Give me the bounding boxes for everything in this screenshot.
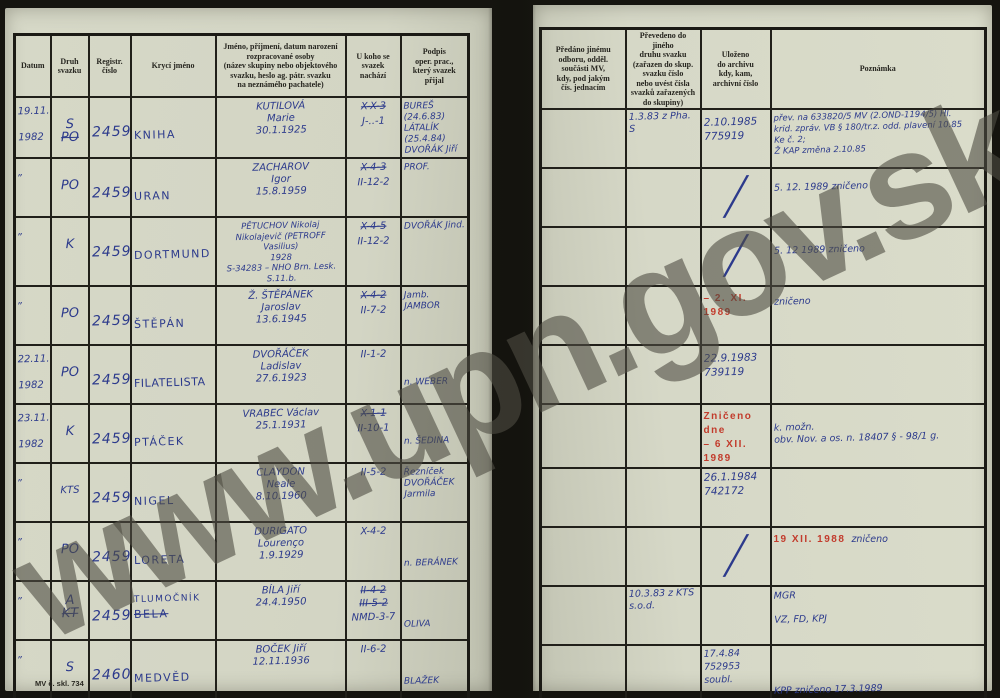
cell-datum: „	[15, 581, 51, 640]
handwritten-name: KUTILOVÁ Marie 30.1.1925	[218, 99, 343, 138]
table-row: 22.9.1983 739119	[541, 345, 986, 404]
handwritten-slash: /	[701, 170, 771, 222]
handwritten-signature: Řezníček DVOŘÁČEK Jarmila	[403, 466, 465, 501]
cell-podpis: n. WEBER	[401, 345, 469, 404]
cell-jmeno: PĚTUCHOV Nikolaj Nikolajevič (PETROFF Va…	[216, 217, 346, 286]
cell-ulozeno: /	[701, 227, 771, 286]
handwritten-note: zničeno	[851, 534, 888, 545]
table-row: Zničeno dne – 6 XII. 1989 k. možn. obv. …	[541, 404, 986, 468]
cell-poznamka	[771, 345, 986, 404]
registry-table-left: Datum Druh svazku Registr. číslo Krycí j…	[13, 33, 470, 698]
handwritten-date: „	[18, 288, 48, 315]
handwritten-number: 24595	[91, 373, 127, 389]
cell-predano	[541, 645, 626, 698]
handwritten-codename: URAN	[133, 189, 212, 204]
handwritten-location-struck: X-4-3	[348, 161, 397, 175]
cell-datum: 19.11. 1982	[15, 97, 51, 158]
cell-poznamka: KPP zničeno 17.3.1989	[771, 645, 986, 698]
handwritten-druh: PO	[53, 367, 85, 380]
handwritten-number: 24593	[91, 245, 127, 261]
col-header-registr-cislo: Registr. číslo	[89, 35, 131, 98]
cell-ulozeno: 2.10.1985 775919	[701, 109, 771, 168]
table-row: „ AKT 24599 TLUMOČNÍKBELA BÍLA Jiří 24.4…	[15, 581, 469, 640]
cell-prevedeno	[626, 168, 701, 227]
cell-ulozeno: 17.4.84 752953 soubl.	[701, 645, 771, 698]
handwritten-druh: PO	[53, 308, 85, 321]
handwritten-signature: n. WEBER	[403, 376, 465, 389]
handwritten-location: J-..-1	[348, 115, 397, 129]
cell-kryci: KNIHA	[131, 97, 216, 158]
handwritten-druh-struck: PO	[53, 131, 85, 144]
handwritten-location: NMD-3-7	[348, 611, 397, 625]
col-header-prevedeno: Převedeno do jiného druhu svazku (zařaze…	[626, 29, 701, 110]
cell-poznamka: přev. na 633820/5 MV (2.OND-1194/5) Hl. …	[771, 109, 986, 168]
cell-ulozeno: 22.9.1983 739119	[701, 345, 771, 404]
handwritten-location: II-6-2	[348, 643, 397, 657]
handwritten-signature: DVOŘÁK Jind.	[403, 220, 465, 233]
cell-druh: K	[51, 404, 89, 463]
handwritten-note: 5. 12 1989 zničeno	[773, 240, 982, 257]
handwritten-codename: TLUMOČNÍK	[133, 592, 212, 607]
handwritten-location-struck: X-X-3	[348, 100, 397, 114]
cell-predano	[541, 527, 626, 586]
cell-prevedeno: 10.3.83 z KTS s.o.d.	[626, 586, 701, 645]
handwritten-signature: OLIVA	[403, 618, 465, 631]
handwritten-date: 23.11. 1982	[17, 406, 48, 459]
cell-podpis: DVOŘÁK Jind.	[401, 217, 469, 286]
cell-ukoho: X-1-1II-10-1	[346, 404, 401, 463]
cell-cislo: 24595	[89, 345, 131, 404]
cell-kryci: MEDVĚD	[131, 640, 216, 698]
handwritten-name: ZACHAROV Igor 15.8.1959	[218, 160, 343, 199]
cell-ukoho: X-4-5II-12-2	[346, 217, 401, 286]
cell-podpis: PROF.	[401, 158, 469, 217]
handwritten-druh: K	[53, 426, 85, 439]
cell-druh: SPO	[51, 97, 89, 158]
handwritten-location: II-12-2	[348, 176, 397, 190]
destruction-stamp: Zničeno dne – 6 XII. 1989	[704, 410, 768, 466]
cell-druh: PO	[51, 345, 89, 404]
col-header-u-koho: U koho se svazek nachází	[346, 35, 401, 98]
ledger-left-page: Datum Druh svazku Registr. číslo Krycí j…	[5, 8, 492, 691]
table-row: / 5. 12. 1989 zničeno	[541, 168, 986, 227]
col-header-poznamka: Poznámka	[771, 29, 986, 110]
handwritten-druh: PO	[53, 180, 85, 193]
cell-cislo: 24596	[89, 404, 131, 463]
handwritten-archive: 26.1.1984 742172	[703, 469, 768, 499]
cell-poznamka	[771, 468, 986, 527]
handwritten-druh: S	[53, 662, 85, 675]
handwritten-druh: PO	[53, 544, 85, 557]
handwritten-codename: PTÁČEK	[133, 435, 212, 450]
cell-jmeno: Ž. ŠTĚPÁNEK Jaroslav 13.6.1945	[216, 286, 346, 345]
table-row: – 2. XI. 1989 zničeno	[541, 286, 986, 345]
cell-poznamka: zničeno	[771, 286, 986, 345]
cell-druh: AKT	[51, 581, 89, 640]
handwritten-signature: n. BERÁNEK	[403, 557, 465, 570]
cell-predano	[541, 345, 626, 404]
cell-podpis: BLAŽEK	[401, 640, 469, 698]
cell-prevedeno	[626, 286, 701, 345]
col-header-datum: Datum	[15, 35, 51, 98]
cell-predano	[541, 227, 626, 286]
handwritten-date: 19.11. 1982	[17, 99, 48, 152]
cell-ukoho: II-6-2	[346, 640, 401, 698]
handwritten-location: II-5-2	[348, 466, 397, 480]
col-header-druh-svazku: Druh svazku	[51, 35, 89, 98]
cell-jmeno: ZACHAROV Igor 15.8.1959	[216, 158, 346, 217]
table-row: / 5. 12 1989 zničeno	[541, 227, 986, 286]
cell-datum: „	[15, 522, 51, 581]
handwritten-druh-struck: KT	[53, 607, 85, 620]
handwritten-location: II-12-2	[348, 235, 397, 249]
cell-ukoho: II-1-2	[346, 345, 401, 404]
handwritten-druh: K	[53, 239, 85, 252]
table-row: „ KTS 24597 NIGEL CLAYDON Neale 8.10.196…	[15, 463, 469, 522]
cell-ulozeno: 26.1.1984 742172	[701, 468, 771, 527]
handwritten-codename: NIGEL	[133, 494, 212, 509]
cell-jmeno: KUTILOVÁ Marie 30.1.1925	[216, 97, 346, 158]
cell-prevedeno	[626, 345, 701, 404]
cell-datum: 22.11. 1982	[15, 345, 51, 404]
handwritten-archive: 22.9.1983 739119	[703, 350, 768, 380]
destruction-date-stamp: 19 XII. 1988	[774, 534, 846, 545]
handwritten-location: II-1-2	[348, 348, 397, 362]
cell-druh: PO	[51, 158, 89, 217]
handwritten-number: 24591	[91, 125, 127, 141]
cell-cislo: 24594	[89, 286, 131, 345]
cell-poznamka: 5. 12. 1989 zničeno	[771, 168, 986, 227]
table-row: 19.11. 1982 SPO 24591 KNIHA KUTILOVÁ Mar…	[15, 97, 469, 158]
cell-cislo: 24600	[89, 640, 131, 698]
handwritten-codename: MEDVĚD	[133, 671, 212, 686]
col-header-podpis: Podpis oper. prac., který svazek přijal	[401, 35, 469, 98]
handwritten-signature: BLAŽEK	[403, 675, 465, 688]
handwritten-transfer: 1.3.83 z Pha. S	[628, 110, 698, 136]
cell-jmeno: BOČEK Jiří 12.11.1936	[216, 640, 346, 698]
cell-podpis: BUREŠ (24.6.83) LÁTALÍK (25.4.84) DVOŘÁK…	[401, 97, 469, 158]
cell-predano	[541, 286, 626, 345]
cell-datum: „	[15, 286, 51, 345]
handwritten-date: „	[18, 524, 48, 551]
handwritten-note: MGR VZ, FD, KPJ	[773, 586, 982, 627]
left-header-row: Datum Druh svazku Registr. číslo Krycí j…	[15, 35, 469, 98]
form-number: MV č. skl. 734	[35, 679, 84, 688]
handwritten-name: Ž. ŠTĚPÁNEK Jaroslav 13.6.1945	[218, 288, 343, 327]
cell-datum: „	[15, 158, 51, 217]
handwritten-druh: KTS	[53, 485, 85, 498]
table-row: „ PO 24594 ŠTĚPÁN Ž. ŠTĚPÁNEK Jaroslav 1…	[15, 286, 469, 345]
cell-predano	[541, 468, 626, 527]
table-row: 1.3.83 z Pha. S 2.10.1985 775919 přev. n…	[541, 109, 986, 168]
handwritten-date: 22.11. 1982	[17, 347, 48, 400]
cell-prevedeno	[626, 645, 701, 698]
handwritten-number: 24597	[91, 491, 127, 507]
handwritten-name: DVOŘÁČEK Ladislav 27.6.1923	[218, 347, 343, 386]
cell-jmeno: DVOŘÁČEK Ladislav 27.6.1923	[216, 345, 346, 404]
handwritten-signature: n. ŠEDINA	[403, 435, 465, 448]
cell-jmeno: CLAYDON Neale 8.10.1960	[216, 463, 346, 522]
table-row: „ K 24593 DORTMUND PĚTUCHOV Nikolaj Niko…	[15, 217, 469, 286]
table-row: „ S 24600 MEDVĚD BOČEK Jiří 12.11.1936 I…	[15, 640, 469, 698]
cell-predano	[541, 109, 626, 168]
handwritten-note: zničeno	[773, 291, 982, 308]
handwritten-signature: BUREŠ (24.6.83) LÁTALÍK (25.4.84) DVOŘÁK…	[403, 100, 466, 157]
cell-cislo: 24592	[89, 158, 131, 217]
handwritten-codename: ŠTĚPÁN	[133, 317, 212, 332]
cell-ukoho: II-5-2	[346, 463, 401, 522]
cell-poznamka: 5. 12 1989 zničeno	[771, 227, 986, 286]
cell-podpis: n. ŠEDINA	[401, 404, 469, 463]
cell-druh: PO	[51, 522, 89, 581]
handwritten-date: „	[18, 642, 48, 669]
col-header-ulozeno: Uloženo do archivu kdy, kam, archivní čí…	[701, 29, 771, 110]
handwritten-codename: FILATELISTA	[133, 376, 212, 391]
handwritten-codename: DORTMUND	[133, 248, 212, 263]
handwritten-name: DURIGATO Lourenço 1.9.1929	[218, 524, 343, 563]
cell-druh: K	[51, 217, 89, 286]
cell-podpis: OLIVA	[401, 581, 469, 640]
handwritten-note: přev. na 633820/5 MV (2.OND-1194/5) Hl. …	[773, 109, 983, 158]
handwritten-date: „	[18, 583, 48, 610]
cell-datum: 23.11. 1982	[15, 404, 51, 463]
cell-ukoho: II-4-2 III-5-2NMD-3-7	[346, 581, 401, 640]
cell-kryci: TLUMOČNÍKBELA	[131, 581, 216, 640]
cell-cislo: 24599	[89, 581, 131, 640]
handwritten-name: PĚTUCHOV Nikolaj Nikolajevič (PETROFF Va…	[218, 219, 344, 285]
registry-table-right: Předáno jinému odboru, odděl. součásti M…	[539, 27, 987, 698]
cell-prevedeno	[626, 527, 701, 586]
cell-cislo: 24593	[89, 217, 131, 286]
cell-kryci: LORETA	[131, 522, 216, 581]
cell-podpis: Řezníček DVOŘÁČEK Jarmila	[401, 463, 469, 522]
table-row: „ PO 24598 LORETA DURIGATO Lourenço 1.9.…	[15, 522, 469, 581]
cell-kryci: DORTMUND	[131, 217, 216, 286]
cell-podpis: n. BERÁNEK	[401, 522, 469, 581]
cell-kryci: FILATELISTA	[131, 345, 216, 404]
cell-predano	[541, 586, 626, 645]
cell-druh: S	[51, 640, 89, 698]
handwritten-location-struck: X-1-1	[348, 407, 397, 421]
cell-podpis: Jamb. JAMBOR	[401, 286, 469, 345]
handwritten-location: X-4-2	[348, 525, 397, 539]
handwritten-archive: 2.10.1985 775919	[703, 114, 768, 144]
cell-datum: „	[15, 217, 51, 286]
handwritten-slash: /	[701, 529, 771, 581]
cell-druh: PO	[51, 286, 89, 345]
cell-kryci: PTÁČEK	[131, 404, 216, 463]
cell-ukoho: X-4-2	[346, 522, 401, 581]
handwritten-location-struck: X-4-2	[348, 289, 397, 303]
book-binding-gutter	[488, 0, 536, 698]
handwritten-location-struck: X-4-5	[348, 220, 397, 234]
table-row: 10.3.83 z KTS s.o.d. MGR VZ, FD, KPJ	[541, 586, 986, 645]
handwritten-codename-struck: BELA	[133, 606, 212, 621]
cell-poznamka: k. možn. obv. Nov. a os. n. 18407 § - 98…	[771, 404, 986, 468]
table-row: 23.11. 1982 K 24596 PTÁČEK VRABEC Václav…	[15, 404, 469, 463]
cell-prevedeno	[626, 468, 701, 527]
cell-ulozeno: /	[701, 168, 771, 227]
ledger-right-page: Předáno jinému odboru, odděl. součásti M…	[533, 5, 992, 691]
col-header-predano: Předáno jinému odboru, odděl. součásti M…	[541, 29, 626, 110]
cell-ulozeno: – 2. XI. 1989	[701, 286, 771, 345]
cell-cislo: 24591	[89, 97, 131, 158]
cell-jmeno: DURIGATO Lourenço 1.9.1929	[216, 522, 346, 581]
cell-ulozeno: /	[701, 527, 771, 586]
cell-kryci: NIGEL	[131, 463, 216, 522]
handwritten-date: „	[18, 465, 48, 492]
cell-ukoho: X-4-3II-12-2	[346, 158, 401, 217]
handwritten-transfer: 10.3.83 z KTS s.o.d.	[628, 587, 698, 613]
handwritten-location: II-7-2	[348, 304, 397, 318]
handwritten-number: 24599	[91, 609, 127, 625]
handwritten-note: k. možn. obv. Nov. a os. n. 18407 § - 98…	[773, 417, 982, 446]
handwritten-codename: LORETA	[133, 553, 212, 568]
cell-jmeno: VRABEC Václav 25.1.1931	[216, 404, 346, 463]
handwritten-location: II-10-1	[348, 422, 397, 436]
handwritten-name: BOČEK Jiří 12.11.1936	[218, 642, 343, 669]
table-row: 17.4.84 752953 soubl. KPP zničeno 17.3.1…	[541, 645, 986, 698]
handwritten-archive: 17.4.84 752953 soubl.	[703, 646, 768, 687]
handwritten-slash: /	[701, 229, 771, 281]
col-header-jmeno-prijmeni: Jméno, příjmení, datum narození rozpraco…	[216, 35, 346, 98]
handwritten-date: „	[18, 160, 48, 187]
cell-prevedeno: 1.3.83 z Pha. S	[626, 109, 701, 168]
cell-predano	[541, 404, 626, 468]
cell-druh: KTS	[51, 463, 89, 522]
handwritten-codename: KNIHA	[133, 128, 212, 143]
cell-kryci: ŠTĚPÁN	[131, 286, 216, 345]
right-header-row: Předáno jinému odboru, odděl. součásti M…	[541, 29, 986, 110]
handwritten-number: 24598	[91, 550, 127, 566]
handwritten-number: 24592	[91, 186, 127, 202]
cell-cislo: 24598	[89, 522, 131, 581]
cell-ukoho: X-4-2II-7-2	[346, 286, 401, 345]
cell-cislo: 24597	[89, 463, 131, 522]
handwritten-name: VRABEC Václav 25.1.1931	[218, 406, 343, 433]
table-row: 26.1.1984 742172	[541, 468, 986, 527]
cell-prevedeno	[626, 404, 701, 468]
handwritten-name: CLAYDON Neale 8.10.1960	[218, 465, 343, 504]
table-row: „ PO 24592 URAN ZACHAROV Igor 15.8.1959 …	[15, 158, 469, 217]
cell-datum: „	[15, 640, 51, 698]
handwritten-location-struck: II-4-2 III-5-2	[348, 584, 398, 610]
cell-predano	[541, 168, 626, 227]
cell-kryci: URAN	[131, 158, 216, 217]
cell-poznamka: 19 XII. 1988zničeno	[771, 527, 986, 586]
handwritten-date: „	[18, 219, 48, 246]
handwritten-signature: Jamb. JAMBOR	[403, 289, 465, 313]
table-row: / 19 XII. 1988zničeno	[541, 527, 986, 586]
handwritten-signature: PROF.	[403, 161, 465, 174]
cell-datum: „	[15, 463, 51, 522]
table-row: 22.11. 1982 PO 24595 FILATELISTA DVOŘÁČE…	[15, 345, 469, 404]
cell-prevedeno	[626, 227, 701, 286]
cell-jmeno: BÍLA Jiří 24.4.1950	[216, 581, 346, 640]
destruction-date-stamp: – 2. XI. 1989	[704, 292, 768, 320]
handwritten-number: 24594	[91, 314, 127, 330]
cell-ulozeno	[701, 586, 771, 645]
cell-ulozeno: Zničeno dne – 6 XII. 1989	[701, 404, 771, 468]
cell-poznamka: MGR VZ, FD, KPJ	[771, 586, 986, 645]
scanned-ledger-spread: Datum Druh svazku Registr. číslo Krycí j…	[0, 0, 1000, 698]
handwritten-name: BÍLA Jiří 24.4.1950	[218, 583, 343, 610]
col-header-kryci-jmeno: Krycí jméno	[131, 35, 216, 98]
handwritten-number: 24596	[91, 432, 127, 448]
handwritten-note: KPP zničeno 17.3.1989	[773, 680, 982, 697]
cell-ukoho: X-X-3J-..-1	[346, 97, 401, 158]
handwritten-note: 5. 12. 1989 zničeno	[773, 177, 982, 194]
handwritten-number: 24600	[91, 668, 127, 684]
